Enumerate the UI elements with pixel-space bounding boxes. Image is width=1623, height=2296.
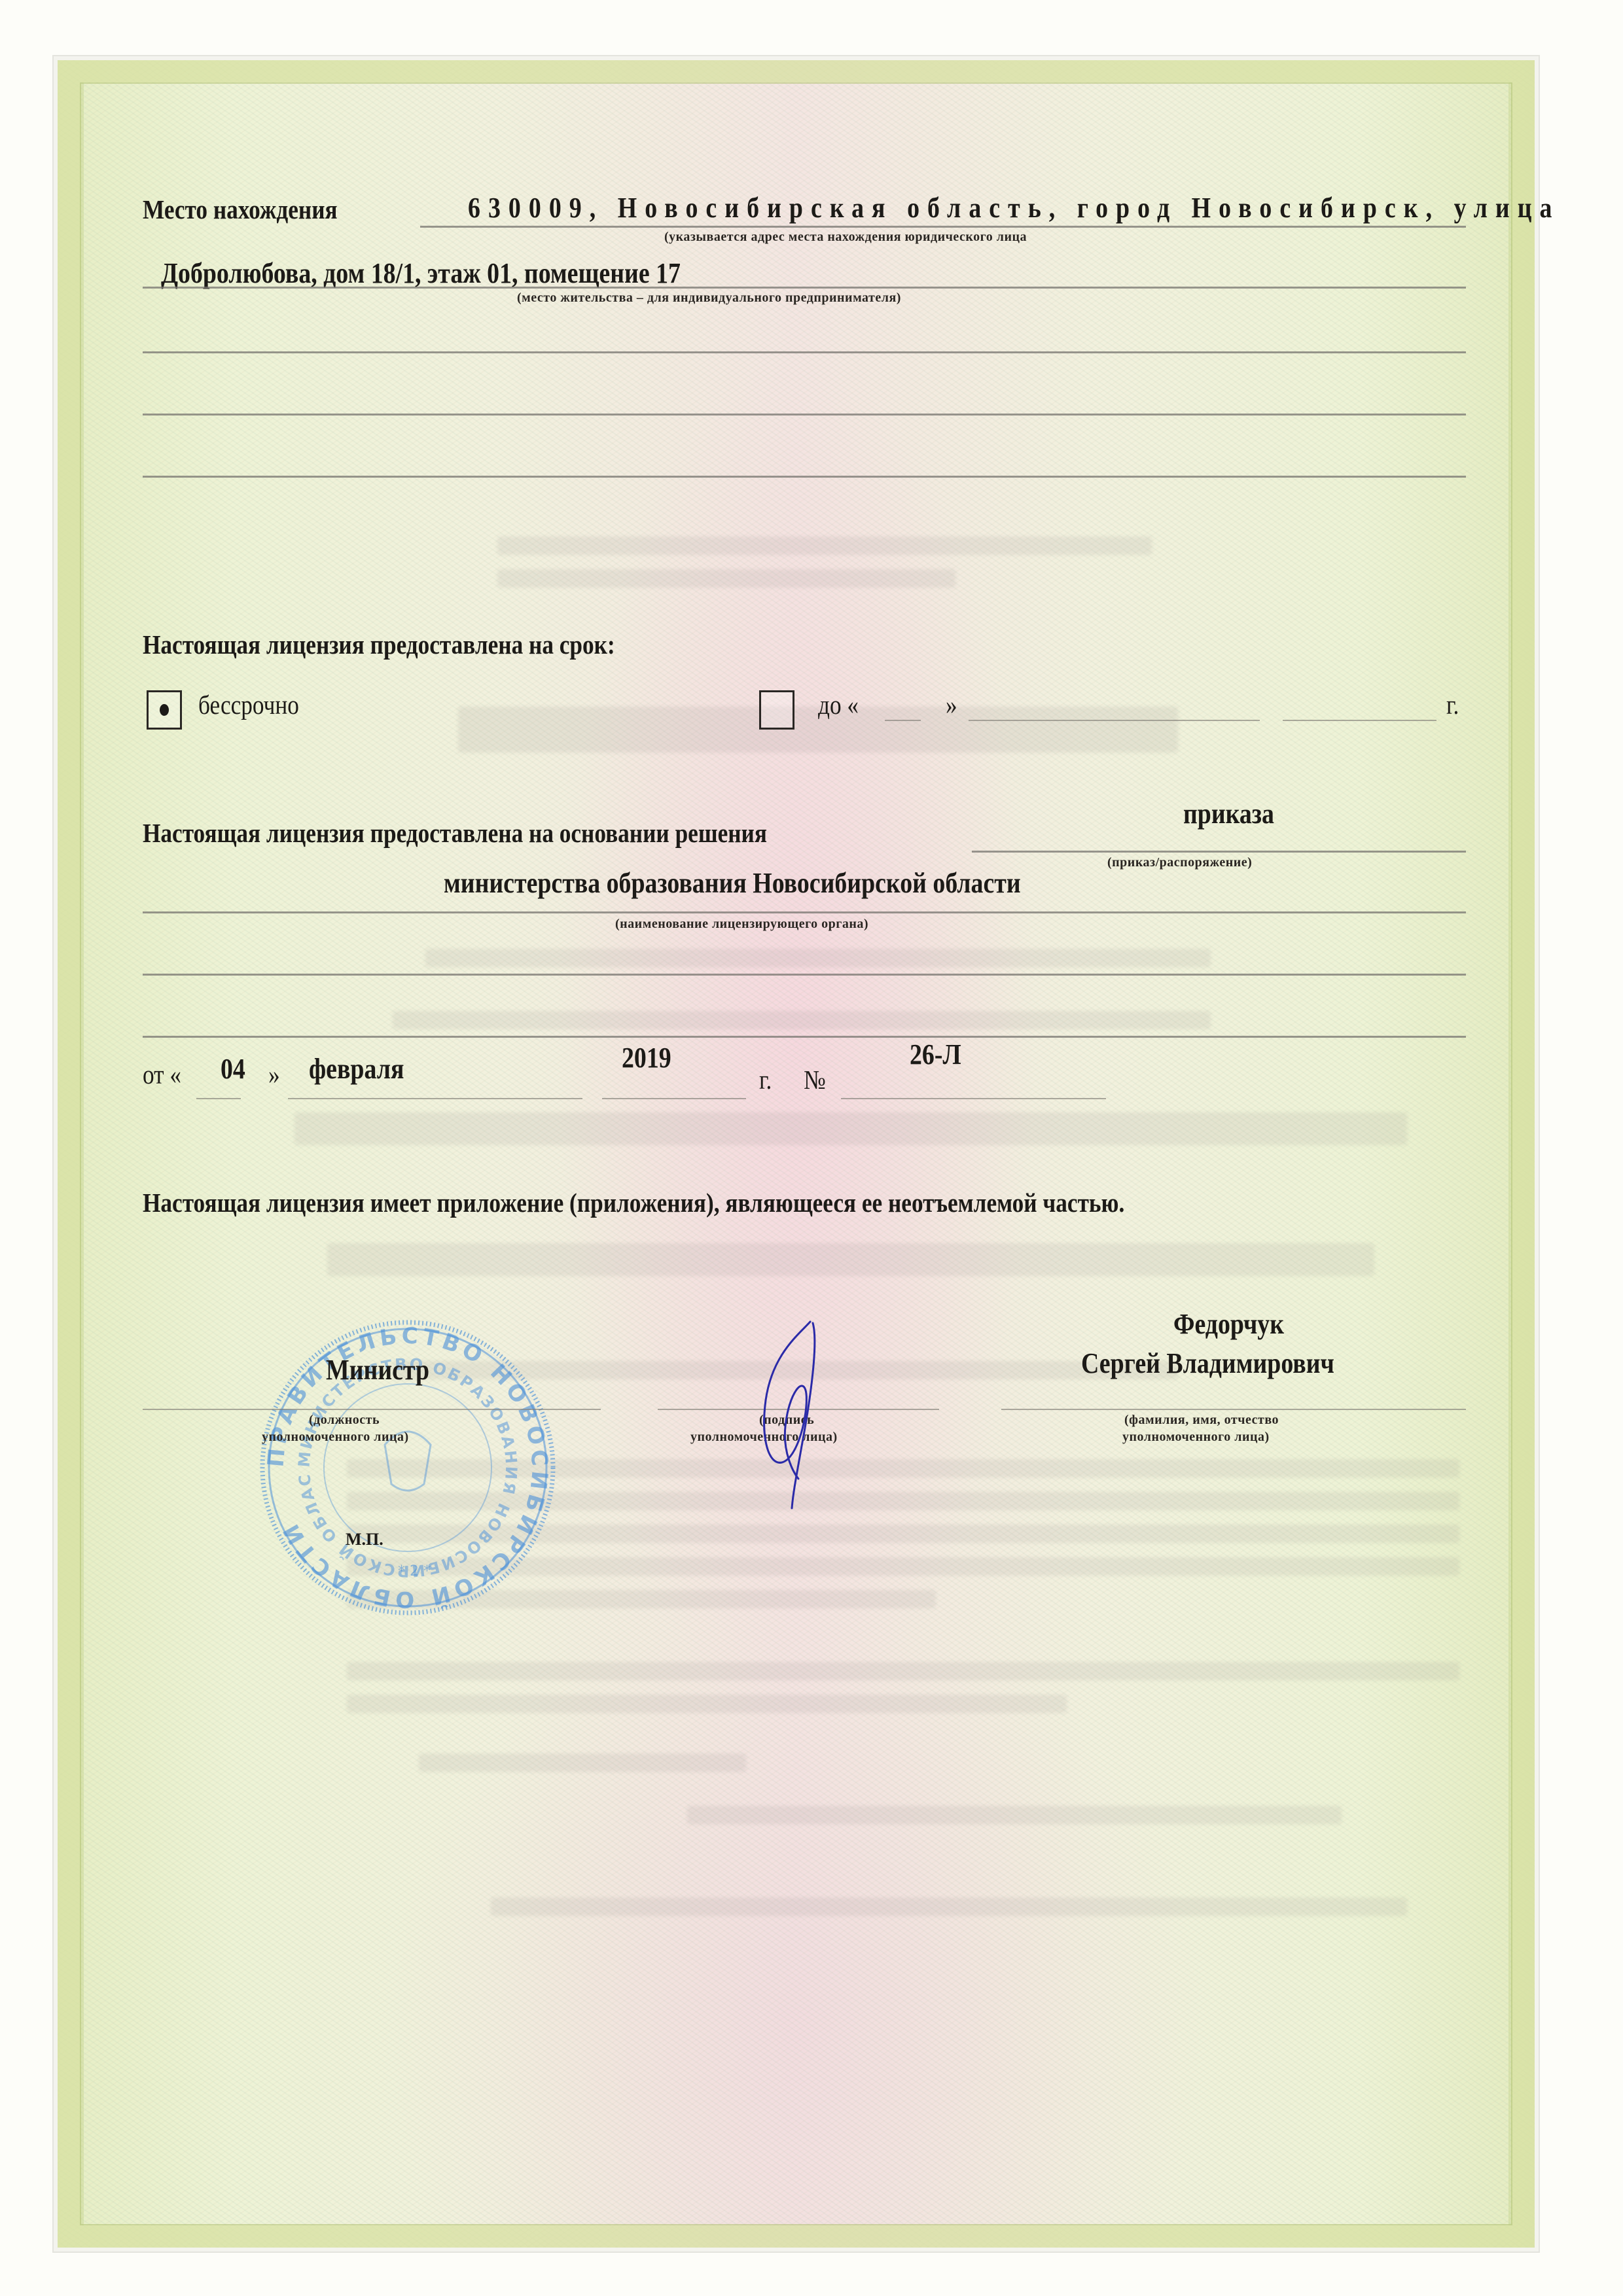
decision-number: 26-Л	[910, 1040, 961, 1069]
svg-text:* 2 *: * 2 *	[398, 1563, 431, 1580]
appendix-note: Настоящая лицензия имеет приложение (при…	[143, 1190, 1124, 1216]
signatory-given-names: Сергей Владимирович	[1081, 1349, 1334, 1378]
basis-heading: Настоящая лицензия предоставлена на осно…	[143, 820, 767, 847]
license-sheet	[58, 60, 1535, 2248]
date-year-suffix: г.	[759, 1067, 772, 1093]
decision-type-caption: (приказ/распоряжение)	[1107, 856, 1252, 869]
underline	[841, 1098, 1106, 1099]
licensing-authority: министерства образования Новосибирской о…	[444, 869, 1021, 898]
signatory-position: Министр	[326, 1356, 429, 1385]
until-quote-close: »	[946, 692, 957, 718]
location-caption-legal: (указывается адрес места нахождения юрид…	[664, 230, 1027, 243]
location-caption-individual: (место жительства – для индивидуального …	[517, 291, 901, 304]
underline	[972, 851, 1466, 853]
until-year-line	[1283, 720, 1436, 721]
blank-line	[143, 476, 1466, 478]
term-indefinite-checkbox[interactable]	[147, 690, 182, 730]
blank-line	[143, 974, 1466, 976]
until-day-line	[885, 720, 921, 721]
term-indefinite-label: бессрочно	[198, 692, 299, 718]
underline	[1001, 1409, 1466, 1410]
until-month-line	[969, 720, 1260, 721]
term-heading: Настоящая лицензия предоставлена на срок…	[143, 631, 615, 658]
underline	[143, 911, 1466, 913]
position-caption-2: уполномоченного лица)	[262, 1430, 409, 1443]
checked-dot-icon	[160, 704, 169, 716]
date-quote-close: »	[268, 1061, 280, 1088]
position-caption-1: (должность	[309, 1413, 380, 1426]
location-label: Место нахождения	[143, 196, 338, 223]
date-month: февраля	[309, 1055, 404, 1084]
underline	[288, 1098, 582, 1099]
date-day: 04	[221, 1055, 245, 1084]
date-year: 2019	[622, 1044, 671, 1072]
licensing-authority-caption: (наименование лицензирующего органа)	[615, 917, 868, 930]
blank-line	[143, 414, 1466, 415]
handwritten-signature-icon	[746, 1315, 831, 1511]
seal-mark: М.П.	[346, 1531, 383, 1548]
location-address-line2: Добролюбова, дом 18/1, этаж 01, помещени…	[161, 259, 681, 288]
location-address-line1: 630009, Новосибирская область, город Нов…	[468, 194, 1560, 222]
underline	[420, 226, 1466, 228]
number-label: №	[804, 1067, 826, 1093]
until-year-suffix: г.	[1446, 692, 1459, 718]
blank-line	[143, 351, 1466, 353]
underline	[602, 1098, 746, 1099]
underline	[143, 287, 1466, 289]
term-until-label: до «	[818, 692, 859, 718]
decision-type: приказа	[1183, 800, 1274, 828]
name-caption-2: уполномоченного лица)	[1122, 1430, 1270, 1443]
term-until-checkbox[interactable]	[759, 690, 794, 730]
date-prefix: от «	[143, 1061, 181, 1088]
underline	[143, 1409, 601, 1410]
name-caption-1: (фамилия, имя, отчество	[1124, 1413, 1279, 1426]
blank-line	[143, 1036, 1466, 1038]
signatory-surname: Федорчук	[1173, 1310, 1284, 1339]
underline	[196, 1098, 241, 1099]
